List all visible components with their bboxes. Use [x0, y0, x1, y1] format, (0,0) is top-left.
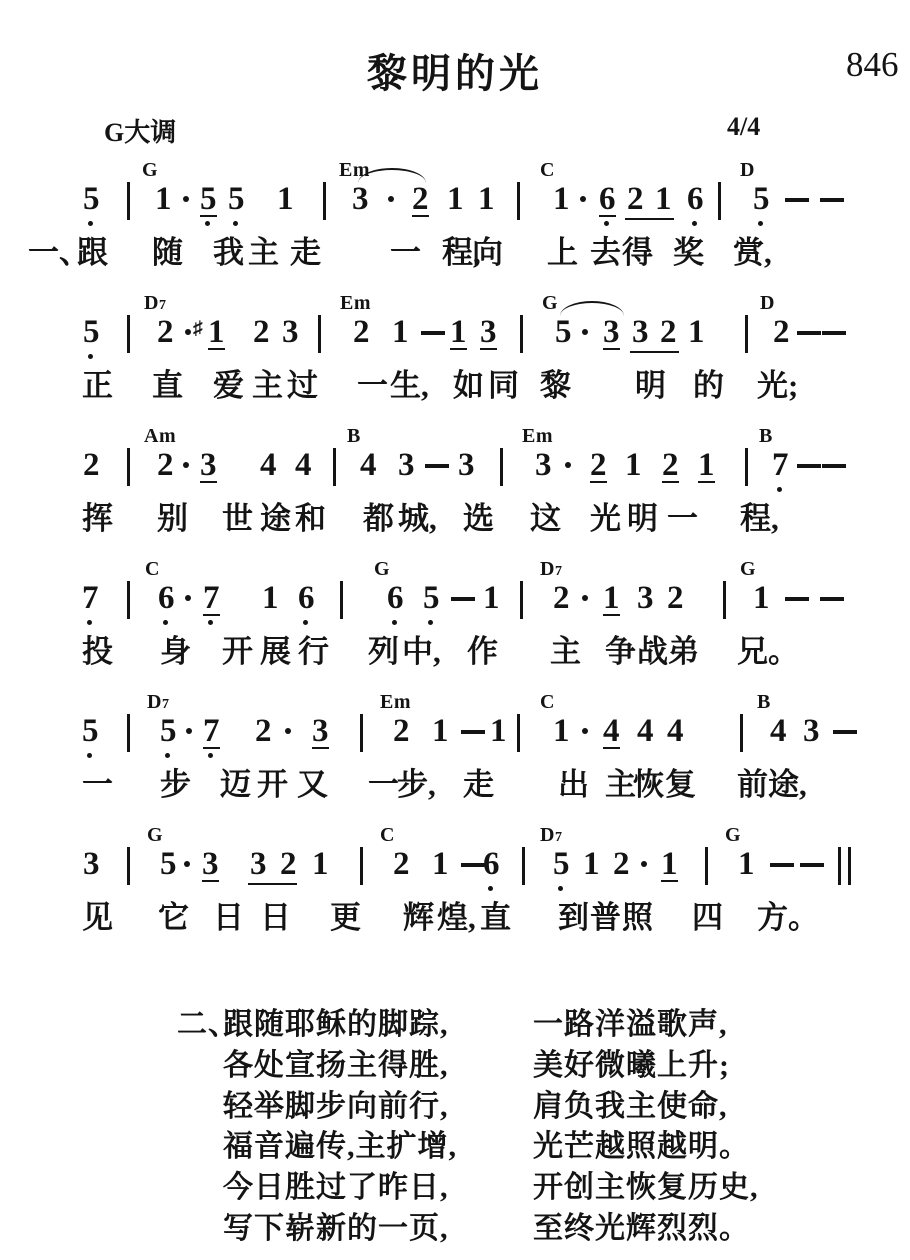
lyric-syllable: 明 [627, 502, 658, 536]
lyric-syllable: 一 [368, 768, 399, 802]
note-digit: 2 [662, 450, 679, 483]
note-digit: 2 [393, 849, 410, 880]
note: 2Em [393, 716, 410, 747]
lyric-syllable: 恢 [633, 768, 664, 802]
lyric-syllable: 正 [82, 369, 113, 403]
note: 3 [250, 849, 267, 880]
duration-dash [451, 597, 475, 601]
note: 3 [803, 716, 820, 747]
duration-dash [833, 730, 857, 734]
lyric-syllable: 四 [692, 901, 723, 935]
lyric-syllable: 照 [622, 901, 653, 935]
duration-dash [820, 198, 844, 202]
verse2-left-line: 各处宣扬主得胜, [223, 1049, 449, 1083]
barline [718, 182, 721, 220]
augmentation-dot [184, 861, 190, 867]
lyric-syllable: 争 [605, 635, 636, 669]
lyric-syllable: 都 [363, 502, 394, 536]
note: 2D7 [157, 317, 174, 348]
note: 1 [655, 184, 672, 215]
lyric-syllable: 程, [740, 502, 779, 536]
octave-dot [558, 886, 563, 891]
note-digit: 1 [483, 583, 500, 614]
lyric-syllable: 一 [357, 369, 388, 403]
barline [127, 315, 130, 353]
lyric-syllable: 迈 [220, 768, 251, 802]
note-digit: 6 [387, 583, 404, 614]
note: 2 [662, 450, 679, 483]
barline [333, 448, 336, 486]
note: 1 [490, 716, 507, 747]
note: 1G [738, 849, 755, 880]
note-digit: 3 [637, 583, 654, 614]
lyric-syllable: 它 [158, 901, 189, 935]
lyric-syllable: 世 [222, 502, 253, 536]
note: 3 [603, 317, 620, 350]
duration-dash [822, 464, 846, 468]
duration-dash [461, 863, 485, 867]
chord-label: B [347, 426, 361, 446]
note: 5G [160, 849, 177, 880]
note-digit: 2 [393, 716, 410, 747]
lyric-syllable: 走 [290, 236, 321, 270]
note: 4 [667, 716, 684, 747]
lyric-syllable: 直 [152, 369, 183, 403]
lyric-syllable: 兄。 [737, 635, 799, 669]
note: 3 [632, 317, 649, 348]
note-digit: 1 [432, 716, 449, 747]
lyric-syllable: 同 [488, 369, 519, 403]
duration-dash [820, 597, 844, 601]
note-digit: 3 [202, 849, 219, 882]
note-digit: 3 [250, 849, 267, 880]
lyric-syllable: 得 [622, 236, 653, 270]
octave-dot [233, 221, 238, 226]
lyric-syllable: 我 [213, 236, 244, 270]
lyric-syllable: 主 [248, 236, 279, 270]
note-digit: 5 [555, 317, 572, 348]
note-digit: 3 [632, 317, 649, 348]
note: 3Em [352, 184, 369, 215]
augmentation-dot [186, 728, 192, 734]
note: 3 [398, 450, 415, 481]
key-signature-label: G大调 [104, 112, 176, 149]
lyric-syllable: 这 [530, 502, 561, 536]
note: 3 [458, 450, 475, 481]
note: 1 [483, 583, 500, 614]
note-digit: 3 [352, 184, 369, 215]
octave-dot [208, 753, 213, 758]
lyric-syllable: 普 [590, 901, 621, 935]
note: 4 [295, 450, 312, 481]
note: 7B [772, 450, 789, 481]
note-digit: 2 [157, 317, 174, 348]
note: 5 [228, 184, 245, 215]
lyric-syllable: 挥 [82, 502, 113, 536]
song-title: 黎明的光 [367, 42, 543, 99]
note-digit: 5 [160, 849, 177, 880]
sharp-icon: ♯ [193, 318, 203, 340]
lyric-syllable: 途, [768, 768, 807, 802]
note: 5 [83, 184, 100, 215]
chord-label: G [740, 559, 756, 579]
note: 5D7 [553, 849, 570, 880]
barline [517, 182, 520, 220]
note-digit: 6 [298, 583, 315, 614]
lyric-syllable: 一 [667, 502, 698, 536]
note: 2 [627, 184, 644, 215]
note: 4 [260, 450, 277, 481]
note: 3 [202, 849, 219, 882]
octave-dot [208, 620, 213, 625]
barline [127, 581, 130, 619]
verse2-right-line: 美好微曦上升; [533, 1049, 730, 1083]
barline [705, 847, 708, 885]
augmentation-dot [565, 462, 571, 468]
note-digit: 1 [432, 849, 449, 880]
note-digit: 1 [312, 849, 329, 880]
lyric-syllable: 日 [213, 901, 244, 935]
note-digit: 2 [613, 849, 630, 880]
chord-label: Em [340, 293, 371, 313]
note-digit: 1 [553, 184, 570, 215]
note: 2 [667, 583, 684, 614]
lyric-syllable: 奖 [673, 236, 704, 270]
note-digit: 6 [687, 184, 704, 215]
chord-label: G [725, 825, 741, 845]
note-digit: 7 [203, 716, 220, 749]
lyric-syllable: 见 [82, 901, 113, 935]
note: 2 [660, 317, 677, 348]
note-digit: 2 [412, 184, 429, 217]
duration-dash [425, 464, 449, 468]
note-digit: 6 [599, 184, 616, 217]
barline [723, 581, 726, 619]
note: 6C [158, 583, 175, 614]
chord-label: G [142, 160, 158, 180]
note: ♯1 [208, 317, 225, 350]
note-digit: 3 [458, 450, 475, 481]
barline [517, 714, 520, 752]
duration-dash [461, 730, 485, 734]
note: 1C [553, 716, 570, 747]
note-digit: 3 [603, 317, 620, 350]
note: 2 [255, 716, 272, 747]
note-digit: 4 [295, 450, 312, 481]
note: 1 [688, 317, 705, 348]
beam-underline [630, 351, 679, 354]
lyric-syllable: 主 [252, 369, 283, 403]
lyric-syllable: 开 [257, 768, 288, 802]
note: 2C [393, 849, 410, 880]
augmentation-dot [582, 595, 588, 601]
note: 6 [298, 583, 315, 614]
chord-label: B [759, 426, 773, 446]
note: 1 [450, 317, 467, 350]
duration-dash [822, 331, 846, 335]
note-digit: 1 [277, 184, 294, 215]
note-digit: 2 [253, 317, 270, 348]
note-digit: 1 [450, 317, 467, 350]
barline [745, 315, 748, 353]
barline [323, 182, 326, 220]
lyric-syllable: 一 [82, 768, 113, 802]
note: 5 [423, 583, 440, 614]
note-digit: 4 [637, 716, 654, 747]
lyric-syllable: 的 [693, 369, 724, 403]
barline [360, 714, 363, 752]
note: 1 [432, 849, 449, 880]
note-digit: 2 [627, 184, 644, 215]
duration-dash [785, 597, 809, 601]
note-digit: 7 [203, 583, 220, 616]
barline [340, 581, 343, 619]
lyric-syllable: 到 [558, 901, 589, 935]
verse2-left-line: 今日胜过了昨日, [223, 1171, 449, 1205]
note-digit: 2 [667, 583, 684, 614]
note-digit: 2 [590, 450, 607, 483]
lyric-syllable: 投 [82, 635, 113, 669]
lyric-syllable: 战 [637, 635, 668, 669]
chord-label: G [374, 559, 390, 579]
note-digit: 5 [83, 317, 100, 348]
note: 2 [253, 317, 270, 348]
note: 6 [687, 184, 704, 215]
chord-label: Am [144, 426, 176, 446]
note-digit: 5 [83, 184, 100, 215]
lyric-syllable: 弟 [668, 635, 699, 669]
note-digit: 1 [262, 583, 279, 614]
note: 1 [262, 583, 279, 614]
verse2-left-line: 跟随耶稣的脚踪, [223, 1008, 449, 1042]
octave-dot [165, 753, 170, 758]
note: 1G [155, 184, 172, 215]
lyric-syllable: 煌, [437, 901, 476, 935]
lyric-syllable: 辉 [403, 901, 434, 935]
note: 3 [480, 317, 497, 350]
note: 5 [200, 184, 217, 217]
note-digit: 1 [392, 317, 409, 348]
lyric-syllable: 生, [390, 369, 429, 403]
barline [520, 581, 523, 619]
note-digit: 2 [83, 450, 100, 481]
chord-label: C [540, 160, 555, 180]
chord-label: Em [380, 692, 411, 712]
lyric-syllable: 复 [665, 768, 696, 802]
note: 1 [661, 849, 678, 882]
note-digit: 7 [82, 583, 99, 614]
note: 1 [478, 184, 495, 215]
final-barline [838, 847, 851, 885]
note-digit: 2 [353, 317, 370, 348]
chord-label: Em [339, 160, 370, 180]
octave-dot [604, 221, 609, 226]
note-digit: 6 [158, 583, 175, 614]
lyric-syllable: 身 [160, 635, 191, 669]
augmentation-dot [183, 196, 189, 202]
sheet-music-page: { "header": { "title": "黎明的光", "number":… [0, 0, 910, 1260]
lyric-syllable: 选 [463, 502, 494, 536]
augmentation-dot [285, 728, 291, 734]
lyric-syllable: 步 [160, 768, 191, 802]
verse2-right-line: 光芒越照越明。 [533, 1130, 750, 1164]
augmentation-dot [582, 728, 588, 734]
note-digit: 5 [160, 716, 177, 747]
note: 2 [280, 849, 297, 880]
lyric-syllable: 又 [297, 768, 328, 802]
chord-label: C [540, 692, 555, 712]
lyric-syllable: 爱 [213, 369, 244, 403]
lyric-syllable: 作 [467, 635, 498, 669]
augmentation-dot [582, 329, 588, 335]
note: 1 [625, 450, 642, 481]
note: 1 [698, 450, 715, 483]
lyric-syllable: 光; [757, 369, 798, 403]
lyric-syllable: 直 [480, 901, 511, 935]
note: 7 [82, 583, 99, 614]
lyric-syllable: 一 [390, 236, 421, 270]
beam-underline [625, 218, 674, 221]
augmentation-dot [388, 196, 394, 202]
chord-label: C [380, 825, 395, 845]
chord-label: D7 [540, 559, 562, 582]
chord-label: D7 [540, 825, 562, 848]
octave-dot [777, 487, 782, 492]
lyric-syllable: 如 [453, 369, 484, 403]
note-digit: 5 [228, 184, 245, 215]
octave-dot [692, 221, 697, 226]
note: 3 [312, 716, 329, 749]
note: 5D7 [160, 716, 177, 747]
note: 2 [590, 450, 607, 483]
octave-dot [428, 620, 433, 625]
lyric-syllable: 和 [295, 502, 326, 536]
note: 1 [583, 849, 600, 880]
note: 6 [483, 849, 500, 880]
chord-label: Em [522, 426, 553, 446]
note: 5D [753, 184, 770, 215]
barline [127, 847, 130, 885]
octave-dot [392, 620, 397, 625]
chord-label: C [145, 559, 160, 579]
time-signature-label: 4/4 [727, 112, 760, 142]
note: 1 [312, 849, 329, 880]
octave-dot [88, 354, 93, 359]
note-digit: 1 [583, 849, 600, 880]
lyric-syllable: 途 [260, 502, 291, 536]
note-digit: 1 [553, 716, 570, 747]
chord-label: D [760, 293, 775, 313]
note: 5 [82, 716, 99, 747]
lyric-syllable: 主 [605, 768, 636, 802]
lyric-syllable: 展 [260, 635, 291, 669]
note-digit: 5 [82, 716, 99, 747]
note-digit: 5 [200, 184, 217, 217]
note-digit: 2 [660, 317, 677, 348]
verse2-right-line: 一路洋溢歌声, [533, 1008, 728, 1042]
note-digit: 1 [738, 849, 755, 880]
note: 3Em [535, 450, 552, 481]
note-digit: 1 [447, 184, 464, 215]
note-digit: 4 [260, 450, 277, 481]
barline [745, 448, 748, 486]
note-digit: 2 [280, 849, 297, 880]
note: 6G [387, 583, 404, 614]
hymn-number: 846 [846, 45, 899, 85]
barline [127, 182, 130, 220]
octave-dot [88, 221, 93, 226]
verse2-left-line: 轻举脚步向前行, [223, 1090, 449, 1124]
note-digit: 3 [83, 849, 100, 880]
duration-dash [797, 464, 821, 468]
note: 2 [613, 849, 630, 880]
note: 1 [277, 184, 294, 215]
note-digit: 3 [480, 317, 497, 350]
augmentation-dot [183, 462, 189, 468]
chord-label: G [147, 825, 163, 845]
note: 2 [83, 450, 100, 481]
chord-label: B [757, 692, 771, 712]
note-digit: 3 [803, 716, 820, 747]
chord-label: D7 [147, 692, 169, 715]
note: 5 [83, 317, 100, 348]
octave-dot [87, 753, 92, 758]
note: 7 [203, 583, 220, 616]
note-digit: 3 [200, 450, 217, 483]
barline [522, 847, 525, 885]
note: 2D [773, 317, 790, 348]
chord-label: D7 [144, 293, 166, 316]
augmentation-dot [641, 861, 647, 867]
note: 3 [637, 583, 654, 614]
note: 5G [555, 317, 572, 348]
note-digit: 1 [603, 583, 620, 616]
augmentation-dot [185, 595, 191, 601]
note: 4 [637, 716, 654, 747]
octave-dot [758, 221, 763, 226]
note-digit: 2 [773, 317, 790, 348]
octave-dot [303, 620, 308, 625]
note: 4 [603, 716, 620, 749]
note: 1C [553, 184, 570, 215]
note-digit: 1 [490, 716, 507, 747]
octave-dot [488, 886, 493, 891]
note-digit: 4 [667, 716, 684, 747]
lyric-syllable: 上 [547, 236, 578, 270]
augmentation-dot [580, 196, 586, 202]
barline [500, 448, 503, 486]
note: 2D7 [553, 583, 570, 614]
lyric-syllable: 行 [298, 635, 329, 669]
lyric-syllable: 跟 [77, 236, 108, 270]
lyric-syllable: 别 [157, 502, 188, 536]
note-digit: 3 [398, 450, 415, 481]
note-digit: 5 [753, 184, 770, 215]
lyric-syllable: 更 [330, 901, 361, 935]
note-digit: 5 [553, 849, 570, 880]
note: 2Am [157, 450, 174, 481]
barline [740, 714, 743, 752]
note-digit: 2 [255, 716, 272, 747]
lyric-syllable: 随 [152, 236, 183, 270]
chord-label: D [740, 160, 755, 180]
lyric-syllable: 明 [635, 369, 666, 403]
lyric-syllable: 日 [260, 901, 291, 935]
lyric-syllable: 列 [368, 635, 399, 669]
note: 1 [603, 583, 620, 616]
lyric-syllable: 向 [472, 236, 503, 270]
note-digit: 2 [553, 583, 570, 614]
